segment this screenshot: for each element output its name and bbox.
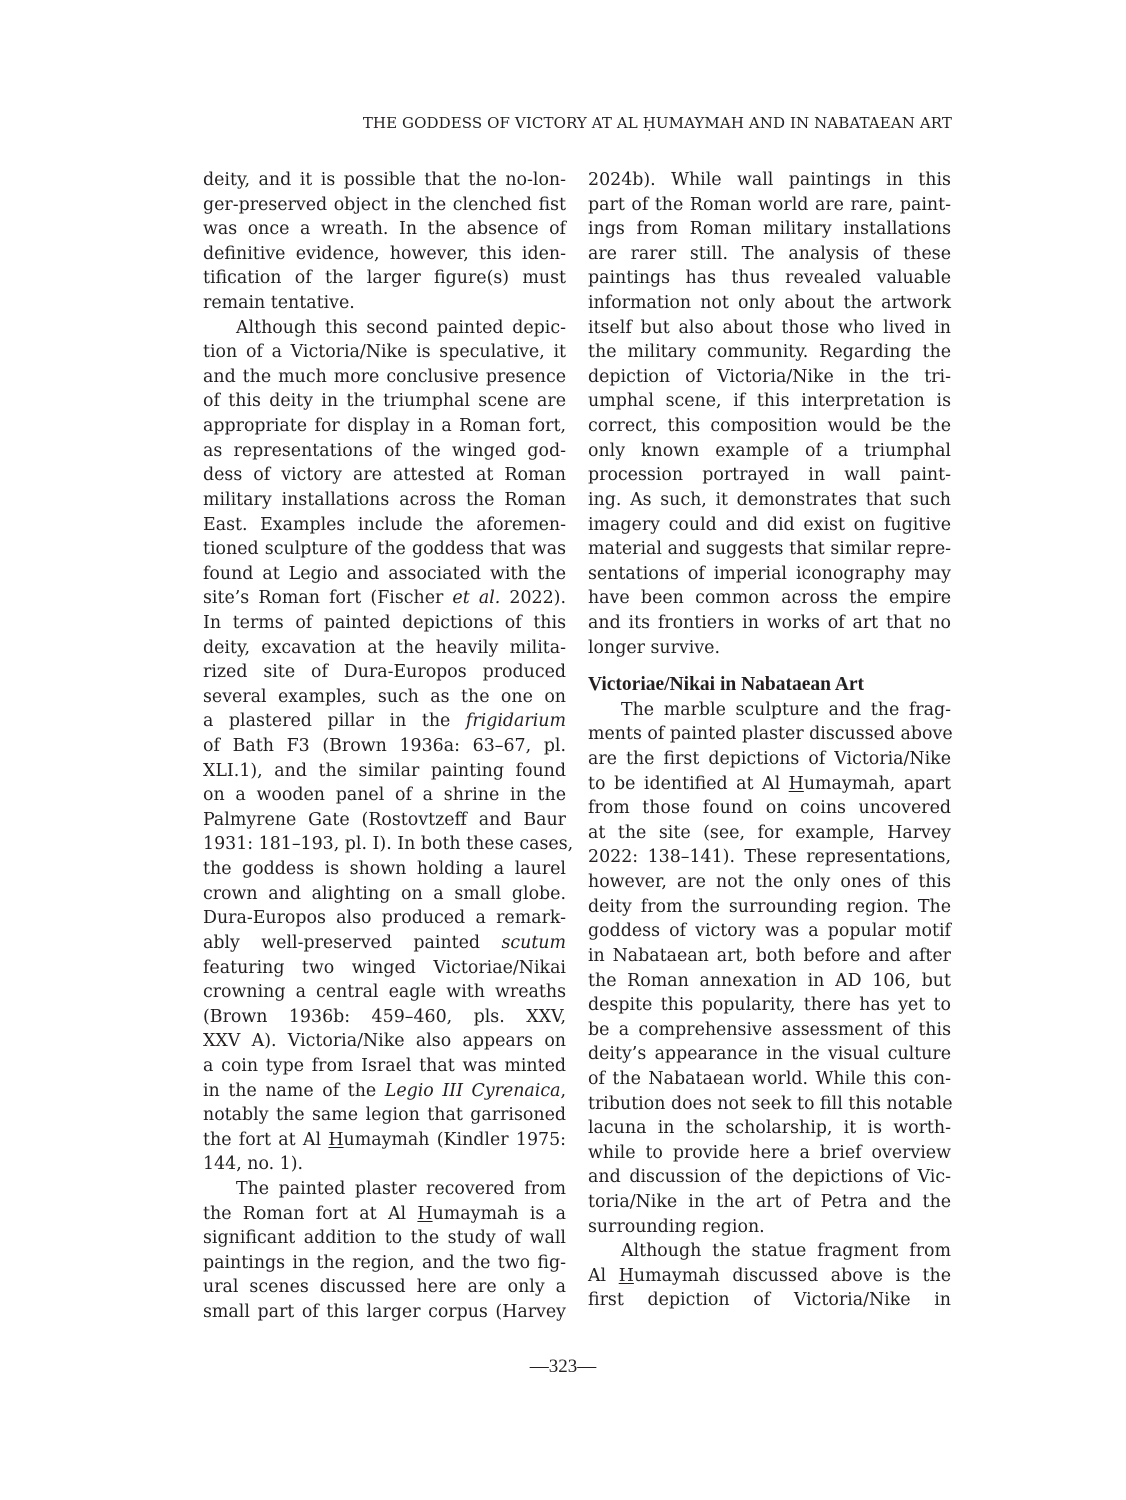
text-line: Al Humaymah discussed above is the — [588, 1264, 951, 1289]
text-line: ing. As such, it demonstrates that such — [588, 488, 951, 513]
text-line: longer survive. — [588, 636, 951, 661]
text-run: ably well-preserved painted — [203, 933, 501, 953]
paragraph-start-line: Although this second painted depic- — [203, 316, 566, 341]
text-line: was once a wreath. In the absence of — [203, 217, 566, 242]
text-line: In terms of painted depictions of this — [203, 611, 566, 636]
text-line: surrounding region. — [588, 1215, 951, 1240]
paragraph-start-line: The painted plaster recovered from — [203, 1177, 566, 1202]
text-line: the fort at Al Humaymah (Kindler 1975: — [203, 1128, 566, 1153]
text-line: ments of painted plaster discussed above — [588, 722, 951, 747]
text-line: of this deity in the triumphal scene are — [203, 389, 566, 414]
text-line: only known example of a triumphal — [588, 439, 951, 464]
text-run: to be identified at Al — [588, 774, 789, 794]
text-line: be a comprehensive assessment of this — [588, 1018, 951, 1043]
text-line: to be identified at Al Humaymah, apart — [588, 772, 951, 797]
page-number: —323— — [0, 1356, 1126, 1378]
text-line: Palmyrene Gate (Rostovtzeff and Baur — [203, 808, 566, 833]
text-line: a coin type from Israel that was minted — [203, 1054, 566, 1079]
text-run: umaymah (Kindler 1975: — [344, 1130, 566, 1150]
text-line: East. Examples include the aforemen- — [203, 513, 566, 538]
text-line: ger-preserved object in the clenched fis… — [203, 193, 566, 218]
underlined-h: H — [328, 1130, 343, 1150]
text-line: in the name of the Legio III Cyrenaica, — [203, 1079, 566, 1104]
text-line: while to provide here a brief overview — [588, 1141, 951, 1166]
text-line: remain tentative. — [203, 291, 566, 316]
text-line: (Brown 1936b: 459–460, pls. XXV, — [203, 1005, 566, 1030]
text-line: dess of victory are attested at Roman — [203, 463, 566, 488]
text-line: crowning a central eagle with wreaths — [203, 980, 566, 1005]
text-run: Al — [588, 1266, 619, 1286]
right-column: 2024b). While wall paintings in this par… — [588, 168, 951, 1313]
text-line: of the Nabataean world. While this con- — [588, 1067, 951, 1092]
text-line: paintings in the region, and the two fig… — [203, 1251, 566, 1276]
text-line: on a wooden panel of a shrine in the — [203, 783, 566, 808]
text-line: significant addition to the study of wal… — [203, 1226, 566, 1251]
underlined-h: H — [619, 1266, 634, 1286]
text-line: 144, no. 1). — [203, 1152, 566, 1177]
italic-legion-name: Legio III Cyrenaica — [385, 1081, 561, 1101]
text-line: featuring two winged Victoriae/Nikai — [203, 956, 566, 981]
underlined-h: H — [417, 1204, 432, 1224]
text-line: paintings has thus revealed valuable — [588, 266, 951, 291]
text-line: rized site of Dura-Europos produced — [203, 660, 566, 685]
text-line: as representations of the winged god- — [203, 439, 566, 464]
text-line: ably well-preserved painted scutum — [203, 931, 566, 956]
text-line: definitive evidence, however, this iden- — [203, 242, 566, 267]
text-line: ural scenes discussed here are only a — [203, 1275, 566, 1300]
text-line: lacuna in the scholarship, it is worth- — [588, 1116, 951, 1141]
running-head: THE GODDESS OF VICTORY AT AL ḤUMAYMAH AN… — [300, 114, 952, 132]
text-line: 1931: 181–193, pl. I). In both these cas… — [203, 832, 566, 857]
text-run: the fort at Al — [203, 1130, 328, 1150]
paragraph-start-line: Although the statue fragment from — [588, 1239, 951, 1264]
text-line: tion of a Victoria/Nike is speculative, … — [203, 340, 566, 365]
text-line: in Nabataean art, both before and after — [588, 944, 951, 969]
text-run: in the name of the — [203, 1081, 385, 1101]
text-line: small part of this larger corpus (Harvey — [203, 1300, 566, 1325]
text-run: site’s Roman fort (Fischer — [203, 588, 452, 608]
paragraph-start-line: The marble sculpture and the frag- — [588, 698, 951, 723]
text-line: however, are not the only ones of this — [588, 870, 951, 895]
text-line: tribution does not seek to fill this not… — [588, 1092, 951, 1117]
text-line: crown and alighting on a small globe. — [203, 882, 566, 907]
text-line: XLI.1), and the similar painting found — [203, 759, 566, 784]
text-line: imagery could and did exist on fugitive — [588, 513, 951, 538]
text-line: found at Legio and associated with the — [203, 562, 566, 587]
text-line: correct, this composition would be the — [588, 414, 951, 439]
text-run: 2022). — [500, 588, 566, 608]
text-line: site’s Roman fort (Fischer et al. 2022). — [203, 586, 566, 611]
text-line: notably the same legion that garrisoned — [203, 1103, 566, 1128]
text-run: umaymah discussed above is the — [634, 1266, 951, 1286]
text-run: a plastered pillar in the — [203, 711, 466, 731]
text-line: information not only about the artwork — [588, 291, 951, 316]
text-run: , — [560, 1081, 566, 1101]
text-line: are the first depictions of Victoria/Nik… — [588, 747, 951, 772]
text-line: toria/Nike in the art of Petra and the — [588, 1190, 951, 1215]
text-line: from those found on coins uncovered — [588, 796, 951, 821]
text-line: ings from Roman military installations — [588, 217, 951, 242]
text-line: military installations across the Roman — [203, 488, 566, 513]
text-line: and discussion of the depictions of Vic- — [588, 1165, 951, 1190]
text-line: tioned sculpture of the goddess that was — [203, 537, 566, 562]
text-line: despite this popularity, there has yet t… — [588, 993, 951, 1018]
text-line: and the much more conclusive presence — [203, 365, 566, 390]
italic-citation: et al. — [452, 588, 500, 608]
italic-term: scutum — [501, 933, 566, 953]
text-line: of Bath F3 (Brown 1936a: 63–67, pl. — [203, 734, 566, 759]
text-line: goddess of victory was a popular motif — [588, 919, 951, 944]
text-line: procession portrayed in wall paint- — [588, 463, 951, 488]
text-line: depiction of Victoria/Nike in the tri- — [588, 365, 951, 390]
text-line: are rarer still. The analysis of these — [588, 242, 951, 267]
left-column: deity, and it is possible that the no-lo… — [203, 168, 566, 1325]
underlined-h: H — [789, 774, 804, 794]
text-line: a plastered pillar in the frigidarium — [203, 709, 566, 734]
text-line: have been common across the empire — [588, 586, 951, 611]
text-line: sentations of imperial iconography may — [588, 562, 951, 587]
text-line: umphal scene, if this interpretation is — [588, 389, 951, 414]
text-run: umaymah is a — [433, 1204, 566, 1224]
text-line: the military community. Regarding the — [588, 340, 951, 365]
section-heading: Victoriae/Nikai in Nabataean Art — [588, 673, 951, 698]
text-line: appropriate for display in a Roman fort, — [203, 414, 566, 439]
text-run: the Roman fort at Al — [203, 1204, 417, 1224]
italic-term: frigidarium — [466, 711, 566, 731]
text-line: several examples, such as the one on — [203, 685, 566, 710]
text-run: umaymah, apart — [804, 774, 951, 794]
text-line: deity from the surrounding region. The — [588, 895, 951, 920]
text-line: deity’s appearance in the visual culture — [588, 1042, 951, 1067]
text-line: tification of the larger figure(s) must — [203, 266, 566, 291]
text-line: at the site (see, for example, Harvey — [588, 821, 951, 846]
text-line: part of the Roman world are rare, paint- — [588, 193, 951, 218]
text-line: material and suggests that similar repre… — [588, 537, 951, 562]
text-line: itself but also about those who lived in — [588, 316, 951, 341]
text-line: the Roman annexation in AD 106, but — [588, 969, 951, 994]
text-line: deity, and it is possible that the no-lo… — [203, 168, 566, 193]
text-line: first depiction of Victoria/Nike in — [588, 1288, 951, 1313]
text-line: the Roman fort at Al Humaymah is a — [203, 1202, 566, 1227]
text-line: deity, excavation at the heavily milita- — [203, 636, 566, 661]
text-line: XXV A). Victoria/Nike also appears on — [203, 1029, 566, 1054]
text-line: 2024b). While wall paintings in this — [588, 168, 951, 193]
text-line: 2022: 138–141). These representations, — [588, 845, 951, 870]
text-line: and its frontiers in works of art that n… — [588, 611, 951, 636]
text-line: the goddess is shown holding a laurel — [203, 857, 566, 882]
text-line: Dura-Europos also produced a remark- — [203, 906, 566, 931]
